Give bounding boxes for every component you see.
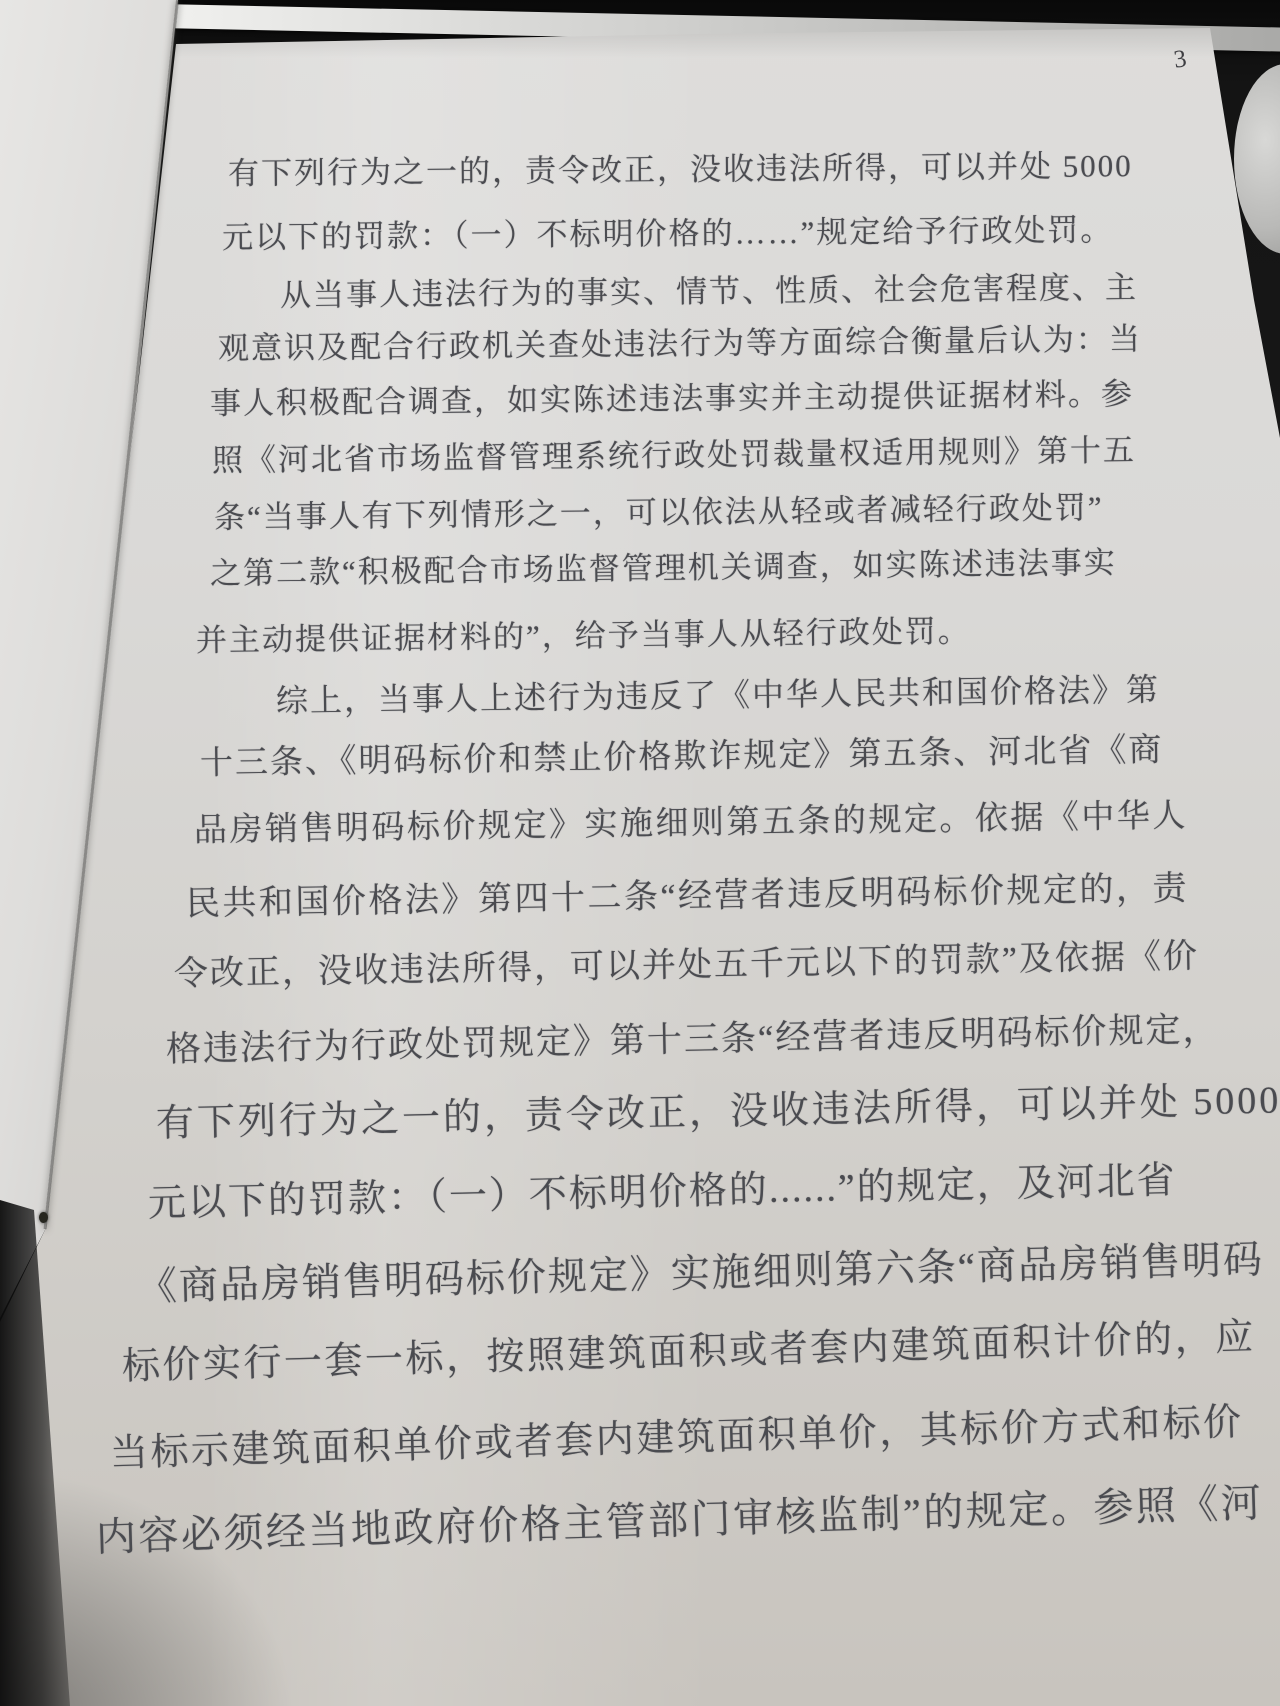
punch-hole-dot: [39, 1212, 48, 1223]
text-line: 当标示建筑面积单价或者套内建筑面积单价，其标价方式和标价: [109, 1403, 1244, 1473]
text-line: 品房销售明码标价规定》实施细则第五条的规定。依据《中华人: [194, 800, 1188, 848]
text-line: 内容必须经当地政府价格主管部门审核监制”的规定。参照《河: [95, 1483, 1263, 1558]
text-line: 照《河北省市场监督管理系统行政处罚裁量权适用规则》第十五: [212, 435, 1136, 476]
text-line: 有下列行为之一的，责令改正，没收违法所得，可以并处 5000: [228, 150, 1133, 189]
photo-of-document: 3 有下列行为之一的，责令改正，没收违法所得，可以并处 5000元以下的罚款：（…: [0, 0, 1280, 1706]
text-line: 观意识及配合行政机关查处违法行为等方面综合衡量后认为：当: [218, 323, 1142, 364]
page-number: 3: [1172, 45, 1188, 74]
text-line: 标价实行一套一标，按照建筑面积或者套内建筑面积计价的，应: [122, 1318, 1257, 1386]
text-line: 元以下的罚款：（一）不标明价格的……”规定给予行政处罚。: [222, 214, 1114, 253]
text-line: 民共和国价格法》第四十二条“经营者违反明码标价规定的，责: [186, 872, 1190, 922]
text-line: 令改正，没收违法所得，可以并处五千元以下的罚款”及依据《价: [174, 940, 1200, 992]
document-page: 3 有下列行为之一的，责令改正，没收违法所得，可以并处 5000元以下的罚款：（…: [0, 0, 1280, 1706]
text-line: 并主动提供证据材料的”，给予当事人从轻行政处罚。: [196, 616, 971, 656]
text-line: 元以下的罚款：（一）不标明价格的......”的规定，及河北省: [148, 1162, 1177, 1223]
text-line: 从当事人违法行为的事实、情节、性质、社会危害程度、主: [280, 272, 1138, 311]
text-line: 十三条、《明码标价和禁止价格欺诈规定》第五条、河北省《商: [200, 735, 1164, 781]
text-line: 格违法行为行政处罚规定》第十三条“经营者违反明码标价规定，: [166, 1012, 1220, 1067]
text-line: 《商品房销售明码标价规定》实施细则第六条“商品房销售明码: [138, 1240, 1265, 1307]
text-line: 事人积极配合调查，如实陈述违法事实并主动提供证据材料。参: [210, 378, 1134, 419]
text-line: 有下列行为之一的，责令改正，没收违法所得，可以并处 5000: [156, 1081, 1280, 1143]
text-line: 综上，当事人上述行为违反了《中华人民共和国价格法》第: [276, 673, 1160, 717]
text-line: 条“当事人有下列情形之一，可以依法从轻或者减轻行政处罚”: [214, 492, 1104, 533]
text-line: 之第二款“积极配合市场监督管理机关调查，如实陈述违法事实: [210, 547, 1117, 589]
